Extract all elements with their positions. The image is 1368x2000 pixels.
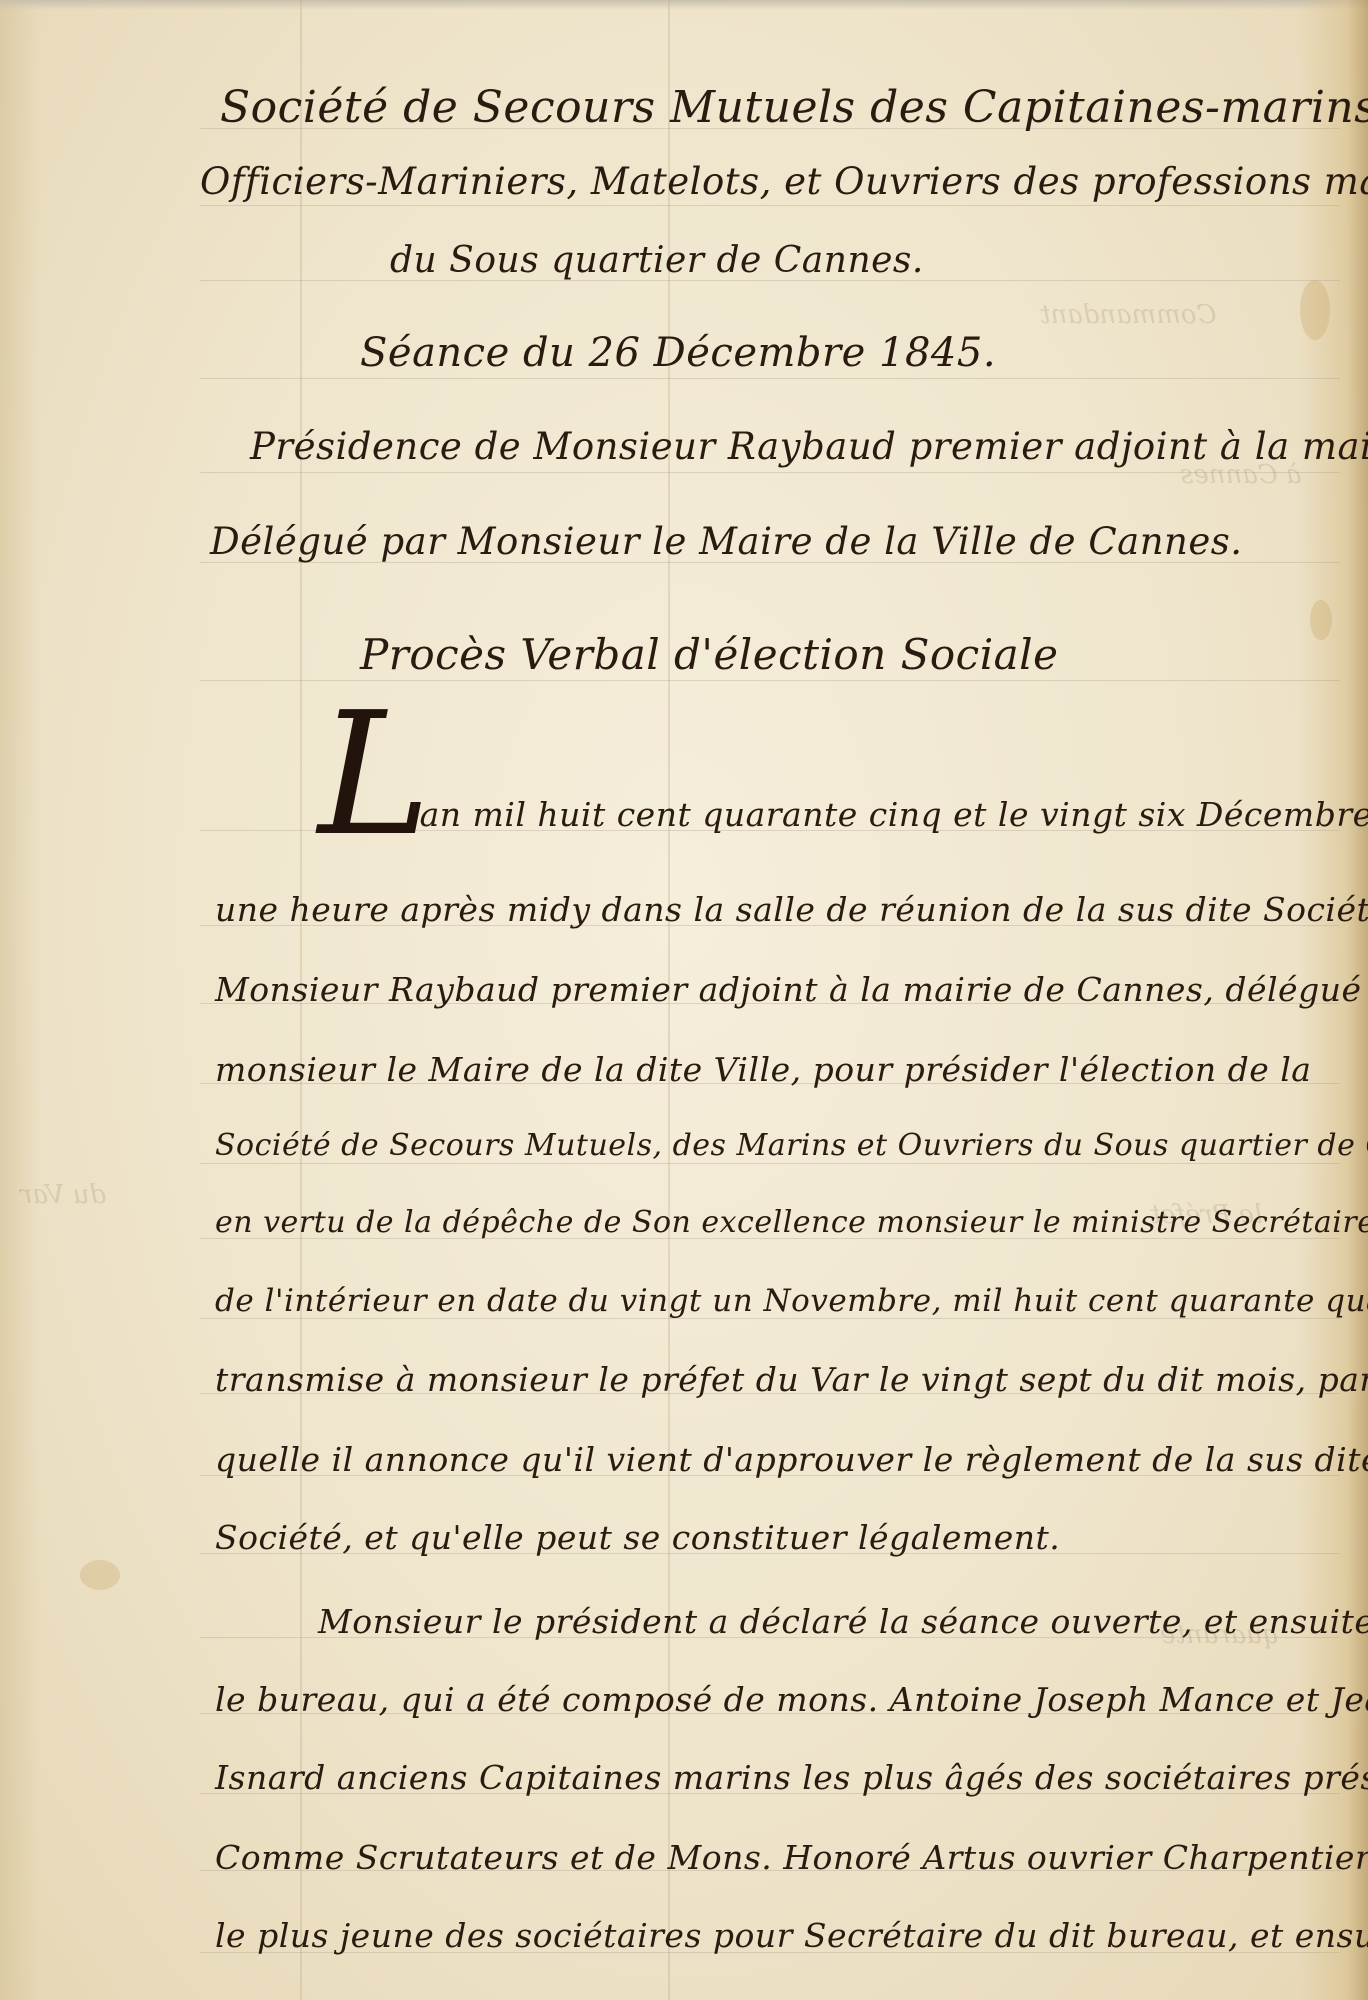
body-line: Société de Secours Mutuels, des Marins e… xyxy=(215,1128,1368,1163)
ruled-line xyxy=(200,472,1340,473)
body-line: Société, et qu'elle peut se constituer l… xyxy=(215,1518,1060,1557)
body-line: monsieur le Maire de la dite Ville, pour… xyxy=(215,1050,1311,1089)
body-line: quelle il annonce qu'il vient d'approuve… xyxy=(215,1440,1368,1479)
body-line: Monsieur Raybaud premier adjoint à la ma… xyxy=(215,970,1368,1009)
body-line: le plus jeune des sociétaires pour Secré… xyxy=(215,1916,1368,1955)
ruled-line xyxy=(200,378,1340,379)
body-line: Monsieur le président a déclaré la séanc… xyxy=(318,1602,1368,1641)
header-title-line-2: Officiers-Mariniers, Matelots, et Ouvrie… xyxy=(200,160,1368,203)
drop-cap-letter: L xyxy=(318,690,431,860)
body-line: en vertu de la dépêche de Son excellence… xyxy=(215,1205,1368,1240)
body-line: une heure après midy dans la salle de ré… xyxy=(215,890,1368,929)
body-line: de l'intérieur en date du vingt un Novem… xyxy=(215,1283,1368,1319)
foxing-stain xyxy=(1310,600,1332,640)
body-line: le bureau, qui a été composé de mons. An… xyxy=(215,1680,1368,1719)
ruled-line xyxy=(200,1163,1340,1164)
header-title-line-3: du Sous quartier de Cannes. xyxy=(390,240,924,281)
manuscript-page: Commandant à Cannes le Préfet du Var qua… xyxy=(0,0,1368,2000)
body-line: 'an mil huit cent quarante cinq et le vi… xyxy=(410,795,1368,834)
ruled-line xyxy=(200,205,1340,206)
session-date: Séance du 26 Décembre 1845. xyxy=(360,330,996,376)
paper-edge-top xyxy=(0,0,1368,10)
section-title: Procès Verbal d'élection Sociale xyxy=(360,630,1058,679)
body-line: transmise à monsieur le préfet du Var le… xyxy=(215,1360,1368,1399)
header-title-line-1: Société de Secours Mutuels des Capitaine… xyxy=(220,82,1368,133)
presidency-line-2: Délégué par Monsieur le Maire de la Vill… xyxy=(210,520,1243,563)
foxing-stain xyxy=(80,1560,120,1590)
bleed-through-text: Commandant xyxy=(1040,300,1216,330)
bleed-through-text: du Var xyxy=(20,1180,106,1210)
presidency-line-1: Présidence de Monsieur Raybaud premier a… xyxy=(250,425,1368,468)
foxing-stain xyxy=(1300,280,1330,340)
body-line: Comme Scrutateurs et de Mons. Honoré Art… xyxy=(215,1838,1368,1877)
body-line: Isnard anciens Capitaines marins les plu… xyxy=(215,1758,1368,1797)
paper-edge-left xyxy=(0,0,40,2000)
